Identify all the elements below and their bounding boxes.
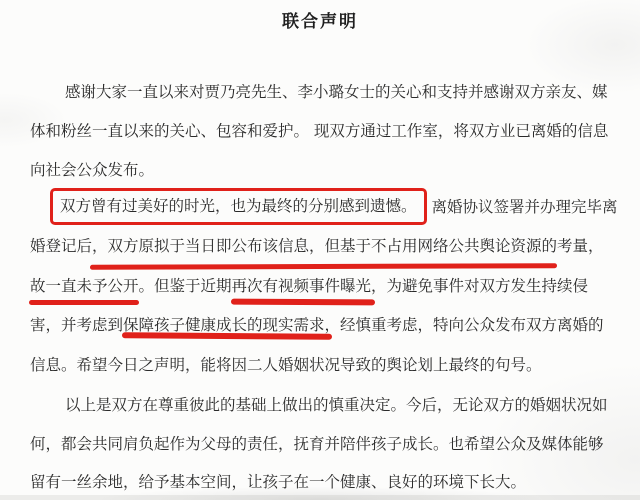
paragraph1-line2: 体和粉丝一直以来的关心、包容和爱护。 现双方通过工作室，将双方业已离婚的信息	[30, 123, 608, 139]
paragraph3-line2: 何，都会共同肩负起作为父母的责任，抚育并陪伴孩子成长。也希望公众及媒体能够	[30, 436, 604, 452]
paragraph2-line1: 双方曾有过美好的时光，也为最终的分别感到遗憾。 离婚协议签署并办理完毕离	[50, 188, 618, 225]
scan-bottom-edge-shadow	[0, 495, 640, 500]
red-box-annotation: 双方曾有过美好的时光，也为最终的分别感到遗憾。	[50, 188, 427, 225]
document-title: 联合声明	[0, 7, 640, 32]
red-underline-annotation-2	[29, 300, 139, 305]
scanned-statement-document: 联合声明 感谢大家一直以来对贾乃亮先生、李小璐女士的关心和支持并感谢双方亲友、媒…	[0, 0, 640, 500]
paragraph1-line3: 向社会公众发布。	[30, 162, 154, 178]
paragraph3-line3: 留有一丝余地，给予基本空间，让孩子在一个健康、良好的环境下长大。	[30, 474, 526, 490]
paragraph3-line1: 以上是双方在尊重彼此的基础上做出的慎重决定。今后，无论双方的婚姻状况如	[65, 397, 608, 413]
red-underline-annotation-3	[231, 299, 375, 306]
red-underline-annotation-4	[122, 332, 332, 339]
paragraph2-line3: 故一直未予公开。但鉴于近期再次有视频事件曝光，为避免事件对双方发生持续侵	[30, 278, 588, 294]
red-underline-annotation-1	[90, 263, 557, 270]
paragraph2-line4: 害，并考虑到保障孩子健康成长的现实需求，经慎重考虑，特向公众发布双方离婚的	[30, 317, 604, 333]
paragraph2-line1-rest: 离婚协议签署并办理完毕离	[432, 199, 618, 215]
paragraph2-line5: 信息。希望今日之声明，能将因二人婚姻状况导致的舆论划上最终的句号。	[30, 357, 542, 373]
paragraph2-line2: 婚登记后，双方原拟于当日即公布该信息，但基于不占用网络公共舆论资源的考量，	[30, 238, 604, 254]
paragraph1-line1: 感谢大家一直以来对贾乃亮先生、李小璐女士的关心和支持并感谢双方亲友、媒	[65, 84, 608, 100]
